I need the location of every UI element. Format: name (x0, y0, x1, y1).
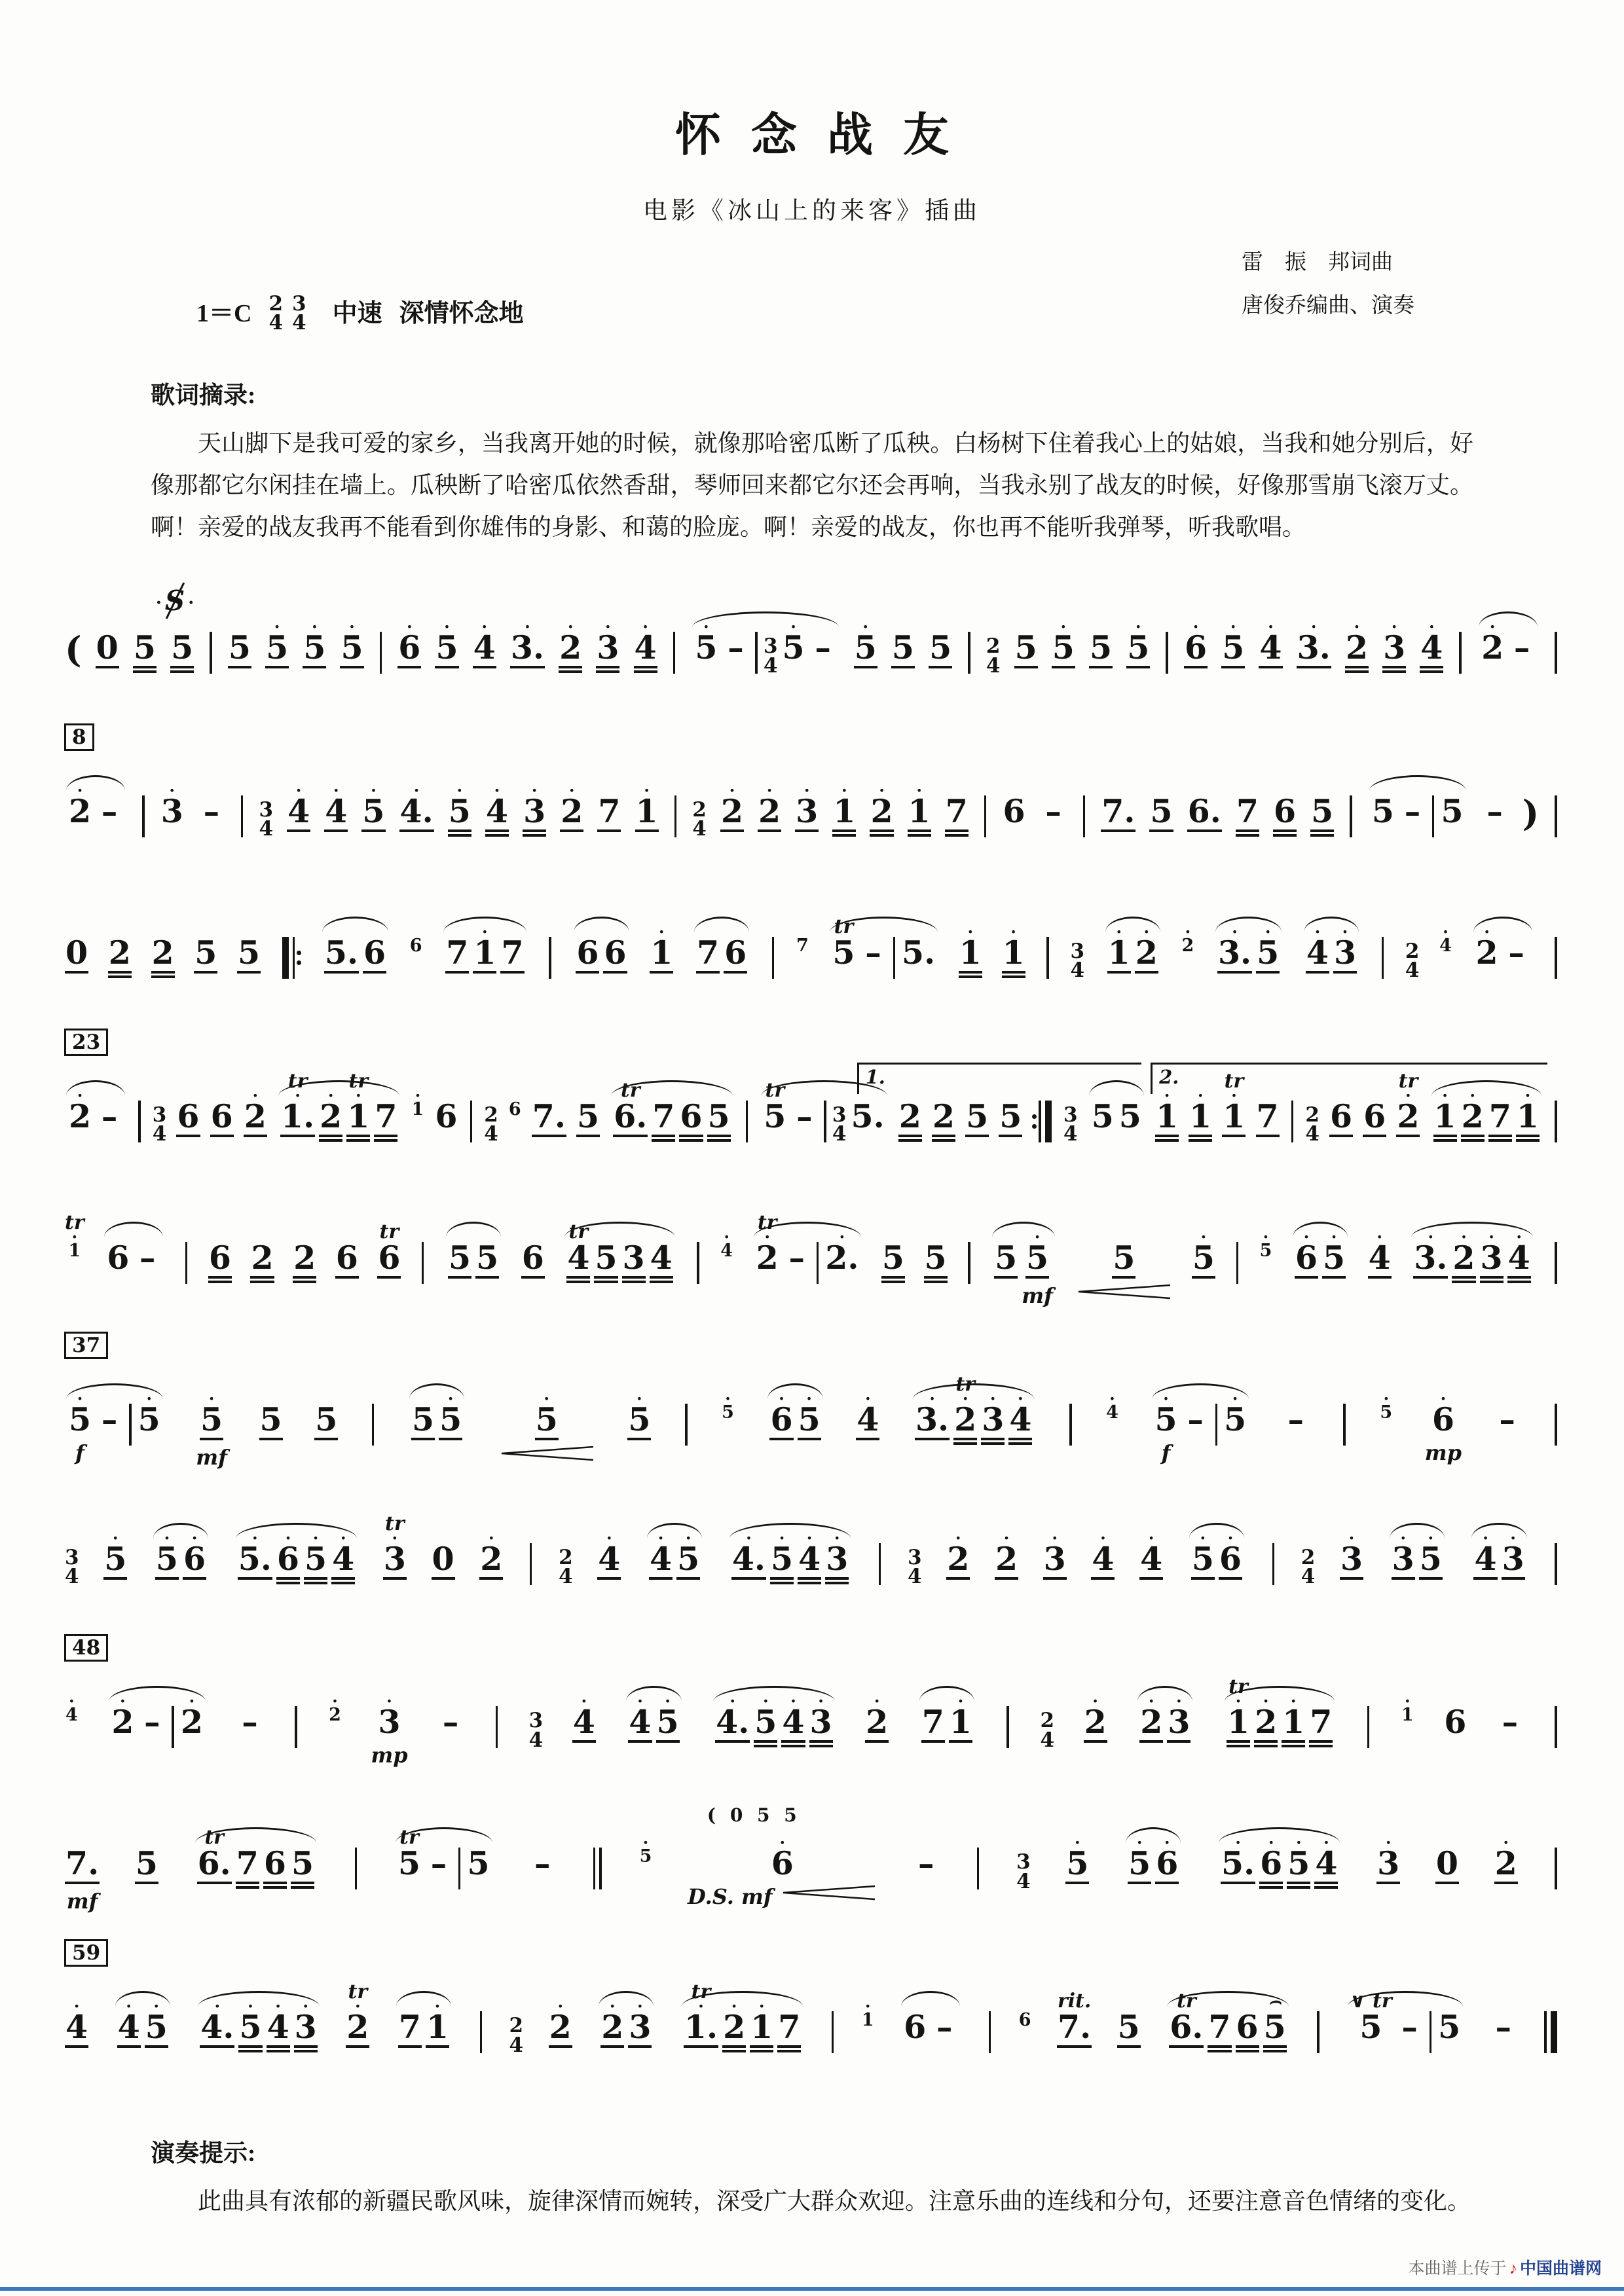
measure-number: 37 (64, 1332, 108, 1359)
barline-single (815, 1204, 821, 1320)
note: •3 (628, 1973, 652, 2084)
note: •2 (1481, 594, 1504, 700)
ornament-label: tr (692, 1982, 711, 2002)
note: •5 (656, 1668, 680, 1779)
note: •5 (1221, 594, 1245, 704)
note: •5 (1065, 1810, 1089, 1920)
note: – (809, 594, 837, 700)
barline-single (671, 594, 678, 710)
ornament-label: tr (758, 1212, 777, 1233)
barline-single (982, 757, 989, 873)
note: •4 (331, 1505, 355, 1620)
note: – (96, 1366, 123, 1472)
music-system-2: 8•2–•3–34•4•4•5•4.•5•4•3•27•124•2•2•3•1•… (63, 757, 1561, 875)
note: – (1282, 1366, 1310, 1472)
meter-fraction: 34 (292, 295, 306, 333)
slur-group: •5•6 (1122, 1810, 1184, 1920)
note: •5 (138, 1366, 161, 1472)
barline-begin (280, 899, 302, 1015)
note: •3. (915, 1366, 950, 1476)
barline-single (753, 594, 760, 710)
slur-group: •4•3 (1301, 899, 1362, 1010)
ornament-label: tr (1228, 1677, 1248, 1697)
note: •5 (676, 1505, 700, 1616)
note: – (96, 1063, 123, 1169)
time-signature: 34 (1016, 1810, 1031, 1927)
barline-single (770, 899, 777, 1015)
note: •4. (731, 1505, 766, 1616)
note: 6 (363, 899, 386, 1010)
dynamic-label: mf (67, 1889, 98, 1914)
slur-group: •4•5 (112, 1973, 174, 2084)
dynamic-label: mf (1022, 1283, 1053, 1308)
note: •4 (1306, 899, 1329, 1010)
note: •3 (1392, 1505, 1415, 1616)
barline-double (591, 1810, 604, 1925)
time-signature: 24 (692, 757, 707, 875)
slur-group: •3.tr•2•3•4 (910, 1366, 1037, 1481)
note: •2 (319, 1063, 342, 1178)
note: •4 (781, 1668, 805, 1783)
note: •3 (1480, 1204, 1504, 1319)
note: 7 (374, 1063, 397, 1178)
note: – (1503, 899, 1530, 1005)
crescendo-hairpin (498, 1445, 596, 1465)
mood-label: 深情怀念地 (399, 293, 524, 329)
note: •5 (498, 1366, 596, 1476)
note: •4 (720, 1204, 733, 1296)
note: 5 (475, 1204, 499, 1315)
slur-group: 7•1 (393, 1973, 454, 2084)
note: •4 (572, 1668, 596, 1779)
note: •3 (596, 594, 619, 709)
slur-group: •5f–•5 (1149, 1366, 1252, 1482)
note: 7 (945, 757, 969, 873)
note: •3. (1413, 1204, 1448, 1315)
note: •4 (1439, 899, 1452, 991)
cue-notes: ( 0 5 5 (707, 1804, 801, 1826)
note: 7 (1309, 1668, 1333, 1783)
note: 6 (210, 1063, 234, 1173)
note: tr•1. (280, 1063, 315, 1173)
ornament-label: tr (288, 1071, 308, 1091)
slur-group: •6•5 (764, 1366, 826, 1476)
note: 5 (1149, 757, 1173, 868)
barline-single (478, 1973, 485, 2089)
barline-single (293, 1668, 299, 1784)
site-name: 中国曲谱网 (1520, 2259, 1602, 2278)
slur-group: •5f–•5 (63, 1366, 166, 1482)
note: •5 (265, 594, 289, 704)
note: 5 (237, 899, 261, 1010)
note: •1 (1401, 1668, 1414, 1760)
slur-group: 5•5 (406, 1366, 468, 1476)
note: tr•1 (346, 1063, 370, 1178)
music-system-9: 7.mf5tr6.765tr5–5–•5•6D.S. mf–34•5•5•6•5… (63, 1810, 1561, 1927)
note: rit.7. (1057, 1973, 1092, 2084)
note: 6 (603, 899, 627, 1010)
note: •4 (1105, 1366, 1119, 1457)
note: •5 (435, 594, 458, 704)
note: •5mf (1022, 1204, 1053, 1315)
barline-single (378, 594, 384, 710)
note: •1 (473, 899, 496, 1010)
note: •1 (908, 757, 931, 873)
barline-single (822, 1063, 828, 1178)
note: •4 (1368, 1204, 1392, 1315)
note: •2 (68, 757, 92, 864)
barline-single (744, 1063, 750, 1178)
note: •6 (276, 1505, 300, 1620)
note: •6 (1219, 1505, 1242, 1616)
barline-single (1380, 899, 1386, 1015)
slur-group: •5.•6•5•4 (232, 1505, 360, 1620)
ornament-label: ∨ tr (1350, 1991, 1392, 2011)
note: •2 (1345, 594, 1369, 709)
note: •5 (1256, 899, 1280, 1010)
slur-group: tr6.765 (608, 1063, 735, 1178)
note: – (138, 1668, 166, 1774)
note: •4 (65, 1973, 88, 2084)
note: 0 (96, 594, 119, 704)
note: – (236, 1668, 264, 1774)
note: tr6 (377, 1204, 401, 1315)
note: •2 (600, 1973, 624, 2084)
note: •2 (720, 757, 744, 868)
segno-icon: ·S· (156, 585, 194, 617)
note: 5 (891, 594, 915, 704)
note: ∨ tr5 (1350, 1973, 1392, 2079)
note: •2 (995, 1505, 1018, 1616)
note: 5 (1440, 757, 1464, 864)
note: 5 (594, 1204, 618, 1319)
note: 7 (696, 899, 720, 1010)
slur-group: •4•3 (1468, 1505, 1530, 1616)
slur-group: •6•5 (1289, 1204, 1351, 1315)
note: 7 (445, 899, 469, 1010)
note: •2 (1254, 1668, 1278, 1783)
note: •5 (238, 1973, 262, 2088)
note: – (860, 899, 887, 1005)
note: •4 (1314, 1810, 1338, 1925)
slur-group: •4.•5•4•3 (726, 1505, 854, 1620)
note: •6 (1259, 1810, 1283, 1925)
time-signature: 34 (832, 1063, 847, 1180)
note: – (1399, 757, 1426, 864)
note: 2 (293, 1204, 316, 1319)
note: – (528, 1810, 556, 1916)
staff-line: 022555.667•1766•1767tr5–5.•1•134•1•2•2•3… (63, 899, 1561, 1017)
staff-line: (0555•5•5•5•6•5•4•3.•2•3•4•5–34•5–•55524… (63, 594, 1561, 712)
note: 6 (1443, 1668, 1467, 1774)
time-signature: 34 (908, 1505, 922, 1623)
note: •2 (946, 1505, 970, 1616)
note: tr•2 (346, 1973, 369, 2084)
note: 5 (466, 1810, 490, 1916)
staff-line: 34•5•5•6•5.•6•5•4tr•30•224•4•4•5•4.•5•4•… (63, 1505, 1561, 1623)
staff-line: 7.mf5tr6.765tr5–5–•5•6D.S. mf–34•5•5•6•5… (63, 1810, 1561, 1927)
ornament-label: tr (834, 917, 854, 937)
note: •5. (1221, 1810, 1255, 1920)
note: •4 (1008, 1366, 1032, 1481)
note: •5f (1154, 1366, 1177, 1472)
note: •5 (798, 1366, 821, 1476)
note: 3 (622, 1204, 646, 1319)
time-signature: 24 (986, 594, 1001, 712)
note: •1 (832, 757, 856, 873)
slur-group: tr6.76⌢5 (1164, 1973, 1291, 2088)
time-signature: 24 (1041, 1668, 1055, 1786)
note: •4 (473, 594, 496, 704)
note: 5 (924, 1204, 948, 1319)
credit-composer: 雷 振 邦词曲 (1242, 241, 1414, 284)
note: 5 (1075, 1204, 1173, 1315)
note: 7 (777, 1973, 801, 2088)
staff-line: tr•16–6226tr6556tr4534•4tr•2–•2.555•5mf5… (63, 1204, 1561, 1320)
note: •1 (1107, 899, 1131, 1010)
note: •4 (1139, 1505, 1163, 1616)
barline-single (1365, 1668, 1372, 1784)
note: 5 (1310, 757, 1334, 873)
note: ⌢5 (1263, 1973, 1287, 2088)
time-signature: 34 (65, 1505, 79, 1623)
note: •1 (1282, 1668, 1305, 1783)
note: •2 (560, 757, 583, 868)
note: •4 (1259, 594, 1282, 704)
barline-single (1234, 1204, 1241, 1320)
barline-single (494, 1668, 500, 1784)
note: 6 (263, 1810, 287, 1925)
note: 5 (1437, 1973, 1461, 2079)
slur-group: 7•17 (440, 899, 529, 1010)
barline-single (1553, 594, 1559, 710)
slur-group: •2– (63, 1063, 128, 1169)
note: 7 (236, 1810, 259, 1925)
note: •5 (303, 594, 326, 704)
note: •2 (549, 1973, 572, 2084)
slur-group: 5.6 (319, 899, 392, 1010)
slur-group: •2– (63, 757, 128, 864)
note: •4. (200, 1973, 234, 2084)
note: – (1481, 757, 1509, 864)
note: •6mp (1425, 1366, 1462, 1472)
note: •2 (758, 757, 781, 868)
note: •4 (1091, 1505, 1115, 1616)
note: •6 (1184, 594, 1208, 704)
music-system-1: (0555•5•5•5•6•5•4•3.•2•3•4•5–34•5–•55524… (63, 594, 1561, 712)
note: – (425, 1810, 452, 1916)
note: •5 (1419, 1505, 1443, 1616)
measure-number: 23 (64, 1029, 108, 1056)
note: 7 (398, 1973, 422, 2084)
barline-single (987, 1973, 993, 2089)
barline-single (370, 1366, 377, 1482)
slur-group: •1•2 (1102, 899, 1164, 1010)
note: 7 (1208, 1973, 1231, 2088)
note: 5 (314, 1366, 338, 1476)
time-signature: 34 (529, 1668, 544, 1786)
slur-group: •5•6 (150, 1505, 212, 1616)
barline-single (966, 594, 972, 710)
ornament-label: tr (65, 1212, 84, 1233)
note: 5. (324, 899, 359, 1010)
slur-group: •3•5 (1386, 1505, 1448, 1616)
dynamic-label: f (75, 1440, 84, 1465)
slur-group: •2– (1470, 899, 1536, 1005)
note: •6 (1155, 1810, 1179, 1920)
music-system-3: 022555.667•1766•1767tr5–5.•1•134•1•2•2•3… (63, 899, 1561, 1017)
note: •3. (510, 594, 545, 704)
note: 5 (1371, 757, 1395, 864)
performance-notes-heading: 演奏提示: (151, 2133, 1473, 2168)
note: 5 (411, 1366, 435, 1476)
slur-group: 6– (101, 1204, 166, 1310)
barline-single (528, 1505, 534, 1621)
slur-group: 76 (691, 899, 752, 1010)
note: •5 (361, 757, 385, 868)
note: 7 (597, 757, 621, 868)
note: 7 (500, 899, 524, 1010)
note: •2 (1475, 899, 1499, 1005)
note: 6 (724, 899, 747, 1010)
slur-group: 5•5mf (989, 1204, 1058, 1315)
note: •5 (103, 1505, 127, 1616)
note: 2 (151, 899, 175, 1014)
staff-line: •5f–•5•5mf555•5•5•5•5•6•5•4•3.tr•2•3•4•4… (63, 1366, 1561, 1482)
note: •2 (68, 1063, 92, 1169)
lyrics-heading: 歌词摘录: (151, 375, 1473, 410)
note: tr•2 (953, 1366, 977, 1481)
bottom-divider (0, 2287, 1624, 2291)
staff-line: •2–•3–34•4•4•5•4.•5•4•3•27•124•2•2•3•1•2… (63, 757, 1561, 875)
note: •2 (111, 1668, 134, 1774)
paren: ) (1522, 757, 1540, 867)
note: •6 (397, 594, 421, 704)
note: 5 (929, 594, 952, 704)
note: 5 (194, 899, 217, 1010)
slur-group: •4•5 (644, 1505, 705, 1616)
note: •3 (825, 1505, 849, 1620)
note: 0 (65, 899, 88, 1010)
note: •2 (1135, 899, 1158, 1010)
note: tr5 (397, 1810, 421, 1916)
slur-group: 6– (898, 1973, 963, 2079)
barline-single (468, 1063, 475, 1178)
crescendo-hairpin (1075, 1283, 1173, 1303)
barline-single (547, 899, 553, 1015)
time-signature: 34 (259, 757, 273, 875)
note: tr•1 (1227, 1668, 1250, 1783)
ornament-label: tr (385, 1514, 405, 1534)
dynamic-label: mp (1425, 1440, 1462, 1465)
note: •5 (448, 757, 471, 873)
barline-single (1553, 1204, 1559, 1320)
note: •3 (1333, 899, 1357, 1010)
note: •6 (183, 1505, 206, 1616)
barline-single (1348, 757, 1354, 873)
note: tr5 (832, 899, 855, 1005)
note: 6 (521, 1204, 545, 1315)
barline-single (1457, 594, 1464, 710)
note: •6 (1295, 1204, 1318, 1315)
note: 2 (108, 899, 132, 1014)
note: •3mp (371, 1668, 407, 1774)
music-system-8: 48•4•2–•2–•2•3mp–34•4•4•5•4.•5•4•3•27•12… (63, 1668, 1561, 1786)
note: •5 (694, 594, 718, 700)
barline-single (1553, 1668, 1559, 1784)
note: 6 (1273, 757, 1297, 873)
note: •5 (1128, 1810, 1151, 1920)
note: •2 (479, 1505, 503, 1616)
note: •5. (238, 1505, 272, 1616)
note: •2. (824, 1204, 859, 1310)
barline-single (456, 1810, 463, 1925)
page-subtitle: 电影《冰山上的来客》插曲 (0, 191, 1624, 226)
note: •5 (721, 1366, 735, 1457)
note: •5 (1052, 594, 1075, 704)
note: •5 (145, 1973, 168, 2084)
lyrics-section: 歌词摘录: 天山脚下是我可爱的家乡，当我离开她的时候，就像那哈密瓜断了瓜秧。白杨… (151, 375, 1473, 548)
barline-single (1081, 757, 1088, 873)
performance-notes-section: 演奏提示: 此曲具有浓郁的新疆民歌风味，旋律深情而婉转，深受广大群众欢迎。注意乐… (151, 2133, 1473, 2222)
page-title: 怀念战友 (0, 0, 1624, 164)
note: 5 (576, 1063, 600, 1173)
note: •2 (1139, 1668, 1163, 1779)
note: 2 (250, 1204, 274, 1319)
note: •1 (411, 1063, 425, 1154)
note: – (96, 757, 123, 864)
slur-group: tr•1•2•17 (1221, 1668, 1338, 1783)
note: •3 (294, 1973, 318, 2088)
slur-group: 66 (570, 899, 632, 1010)
volta-bracket: 1. (857, 1063, 1142, 1094)
note: •4 (1507, 1204, 1531, 1319)
slur-group: •4.•5•4•3 (710, 1668, 838, 1783)
slur-group: tr•1.•2tr•17 (275, 1063, 403, 1178)
slur-group: tr•2–•2. (750, 1204, 865, 1320)
note: •1 (861, 1973, 875, 2065)
note: •4 (597, 1505, 621, 1616)
slur-group: tr5–5. (826, 899, 941, 1015)
barline-single (683, 1366, 690, 1482)
note: tr•2 (756, 1204, 779, 1310)
note: •3. (1217, 899, 1252, 1010)
credit-arranger: 唐俊乔编曲、演奏 (1242, 284, 1414, 327)
barline-single (1341, 1366, 1348, 1482)
note: •5 (782, 594, 805, 700)
note: •2 (1494, 1810, 1518, 1920)
note: •5 (439, 1366, 462, 1476)
note: 0 (432, 1505, 455, 1616)
note: •2 (722, 1973, 746, 2088)
note: •1 (1002, 899, 1025, 1014)
slur-group: •5.•6•5•4 (1215, 1810, 1343, 1925)
note: •1 (949, 1668, 972, 1779)
barline-single (170, 1668, 176, 1784)
note: 6 (1018, 1973, 1032, 2065)
ornament-label: tr (1177, 1991, 1196, 2011)
note: •3. (1297, 594, 1331, 704)
note: •4 (634, 594, 657, 709)
note: •4 (117, 1973, 141, 2084)
barline-single (1005, 1668, 1011, 1784)
note: 6 (576, 899, 599, 1010)
note: – (1508, 594, 1536, 700)
note: tr•1 (65, 1204, 84, 1296)
barline-single (673, 757, 679, 873)
time-signature: 34 (1070, 899, 1084, 1017)
time-signature: 24 (559, 1505, 573, 1623)
